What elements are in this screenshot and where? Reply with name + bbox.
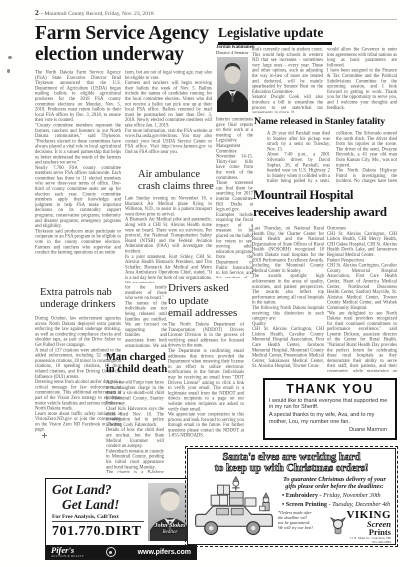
pifers-brand-subline: AUCTION & REALTY xyxy=(51,555,84,558)
viking-mascot-icon xyxy=(330,514,346,541)
pifers-footer-strip: Pifer's AUCTION & REALTY www.pifers.com xyxy=(46,545,196,559)
fsa-column-1: The North Dakota Farm Service Agency (FS… xyxy=(35,70,121,283)
scan-speck-mark xyxy=(7,69,10,73)
drivers-headline: Drivers asked to update email addresses xyxy=(168,282,248,320)
thank-you-line-2: A special thanks to my wife, Ava, and to… xyxy=(269,412,391,425)
pifers-ad: Got Land? Get Land! For Free Analysis, C… xyxy=(45,478,197,560)
viking-phone: 701-463-2884 xyxy=(346,540,391,544)
viking-bullet-screenprinting: • Screen Printing - Tuesday, December 4t… xyxy=(282,501,391,509)
registration-plus-mark xyxy=(42,433,47,438)
man-charged-headline: Man charged in child death xyxy=(106,352,168,376)
realtor-name: John Stokes xyxy=(148,523,192,530)
viking-bottom-row: *Orders made after the deadline will not… xyxy=(278,510,391,544)
viking-headline: Santa's elves are working hard to keep u… xyxy=(192,452,391,474)
newspaper-page-scan: 2—Mountrail County Record, Friday, Nov. … xyxy=(0,0,400,567)
realtor-photo: John Stokes Realtor xyxy=(148,483,192,541)
pifers-brand-block: Pifer's AUCTION & REALTY xyxy=(51,546,84,558)
viking-disclaimer-note: *Orders made after the deadline will not… xyxy=(278,510,328,530)
viking-ad: Santa's elves are working hard to keep u… xyxy=(187,448,396,545)
realtor-caption: John Stokes Realtor xyxy=(148,523,192,535)
thank-you-signature: Duane Marmon xyxy=(273,427,387,433)
thank-you-line-1: I would like to thank everyone that supp… xyxy=(269,398,391,411)
legislative-column-a: Interim committees gave final reports on… xyxy=(216,117,253,278)
air-ambulance-column-2: for the family members of those who were… xyxy=(125,285,167,347)
fsa-headline: Farm Service Agency election underway xyxy=(35,23,217,65)
legislative-column-b: that's currently used in student count. … xyxy=(252,47,323,113)
viking-right-column: To guarantee Christmas delivery of your … xyxy=(276,476,391,544)
hospital-column-2: Outcomes CHI St. Alexius Carrington, CHI… xyxy=(327,226,397,372)
thank-you-title: THANK YOU xyxy=(265,382,395,396)
pifers-phone: 701.770.DIRT xyxy=(52,524,150,540)
masthead-rule xyxy=(35,19,397,20)
extra-patrols-headline: Extra patrols nab underage drinkers xyxy=(40,287,122,311)
viking-bullet-1-label: • Embroidery xyxy=(282,492,319,499)
pifers-headline-1: Got Land? xyxy=(52,483,150,498)
elves-cartoon-graphic xyxy=(192,476,276,540)
pifers-emblem-icon xyxy=(106,547,116,557)
hospital-column-1: Last Thursday, on National Rural Health … xyxy=(252,226,324,372)
viking-content-row: To guarantee Christmas delivery of your … xyxy=(192,476,391,544)
masthead-title: —Mountrail County Record, Friday, Nov. 2… xyxy=(39,11,154,17)
stanley-column-2: collision. The Silverado entered the nor… xyxy=(336,131,397,184)
thank-you-ad: THANK YOU I would like to thank everyone… xyxy=(263,378,397,440)
hospital-headline: Mountrail Hospital receives leadership a… xyxy=(253,187,399,220)
fsa-column-2: farm, but are not of legal voting age, m… xyxy=(125,70,212,167)
legislative-headline: Legislative update xyxy=(218,25,338,40)
air-ambulance-column-1: Late Sunday evening on November 18, a Bi… xyxy=(125,196,212,283)
pifers-text-block: Got Land? Get Land! For Free Analysis, C… xyxy=(52,483,150,540)
pifers-website: www.pifers.com xyxy=(138,549,191,556)
viking-brand-line-3: Prints xyxy=(346,528,391,536)
scan-speck-mark xyxy=(8,56,12,59)
senator-portrait-photo xyxy=(217,57,248,112)
pifers-brand: Pifer's xyxy=(51,546,84,555)
stanley-fatality-headline: Name released in Stanley fatality xyxy=(254,116,399,127)
viking-bullet-2-date: - Tuesday, December 4th xyxy=(329,501,391,508)
stanley-column-1: A 26 year old Parshall man died in Stanl… xyxy=(267,131,330,184)
pifers-subline: For Free Analysis, Call/Text xyxy=(52,514,144,522)
viking-logo-text: VIKING Screen Prints 71 N. Main St. • Ga… xyxy=(346,510,391,544)
realtor-title: Realtor xyxy=(148,530,192,536)
legislative-column-c: would allow the Governor to enter into a… xyxy=(327,47,397,113)
masthead: 2—Mountrail County Record, Friday, Nov. … xyxy=(35,8,397,17)
air-ambulance-headline: Air ambulance crash claims three xyxy=(138,169,214,193)
pifers-headline-2: Get Land! xyxy=(62,498,150,513)
viking-intro: To guarantee Christmas delivery of your … xyxy=(278,476,391,490)
drivers-body: The North Dakota Department of Transport… xyxy=(168,322,244,444)
viking-bullet-embroidery: • Embroidery - Friday, November 30th xyxy=(282,492,391,500)
man-charged-body: A 24-year-old Fargo man faces a manslaug… xyxy=(106,380,164,473)
viking-logo-block: VIKING Screen Prints 71 N. Main St. • Ga… xyxy=(330,510,391,544)
viking-bullet-1-date: - Friday, November 30th xyxy=(319,492,380,499)
viking-bullet-2-label: • Screen Printing xyxy=(282,501,329,508)
